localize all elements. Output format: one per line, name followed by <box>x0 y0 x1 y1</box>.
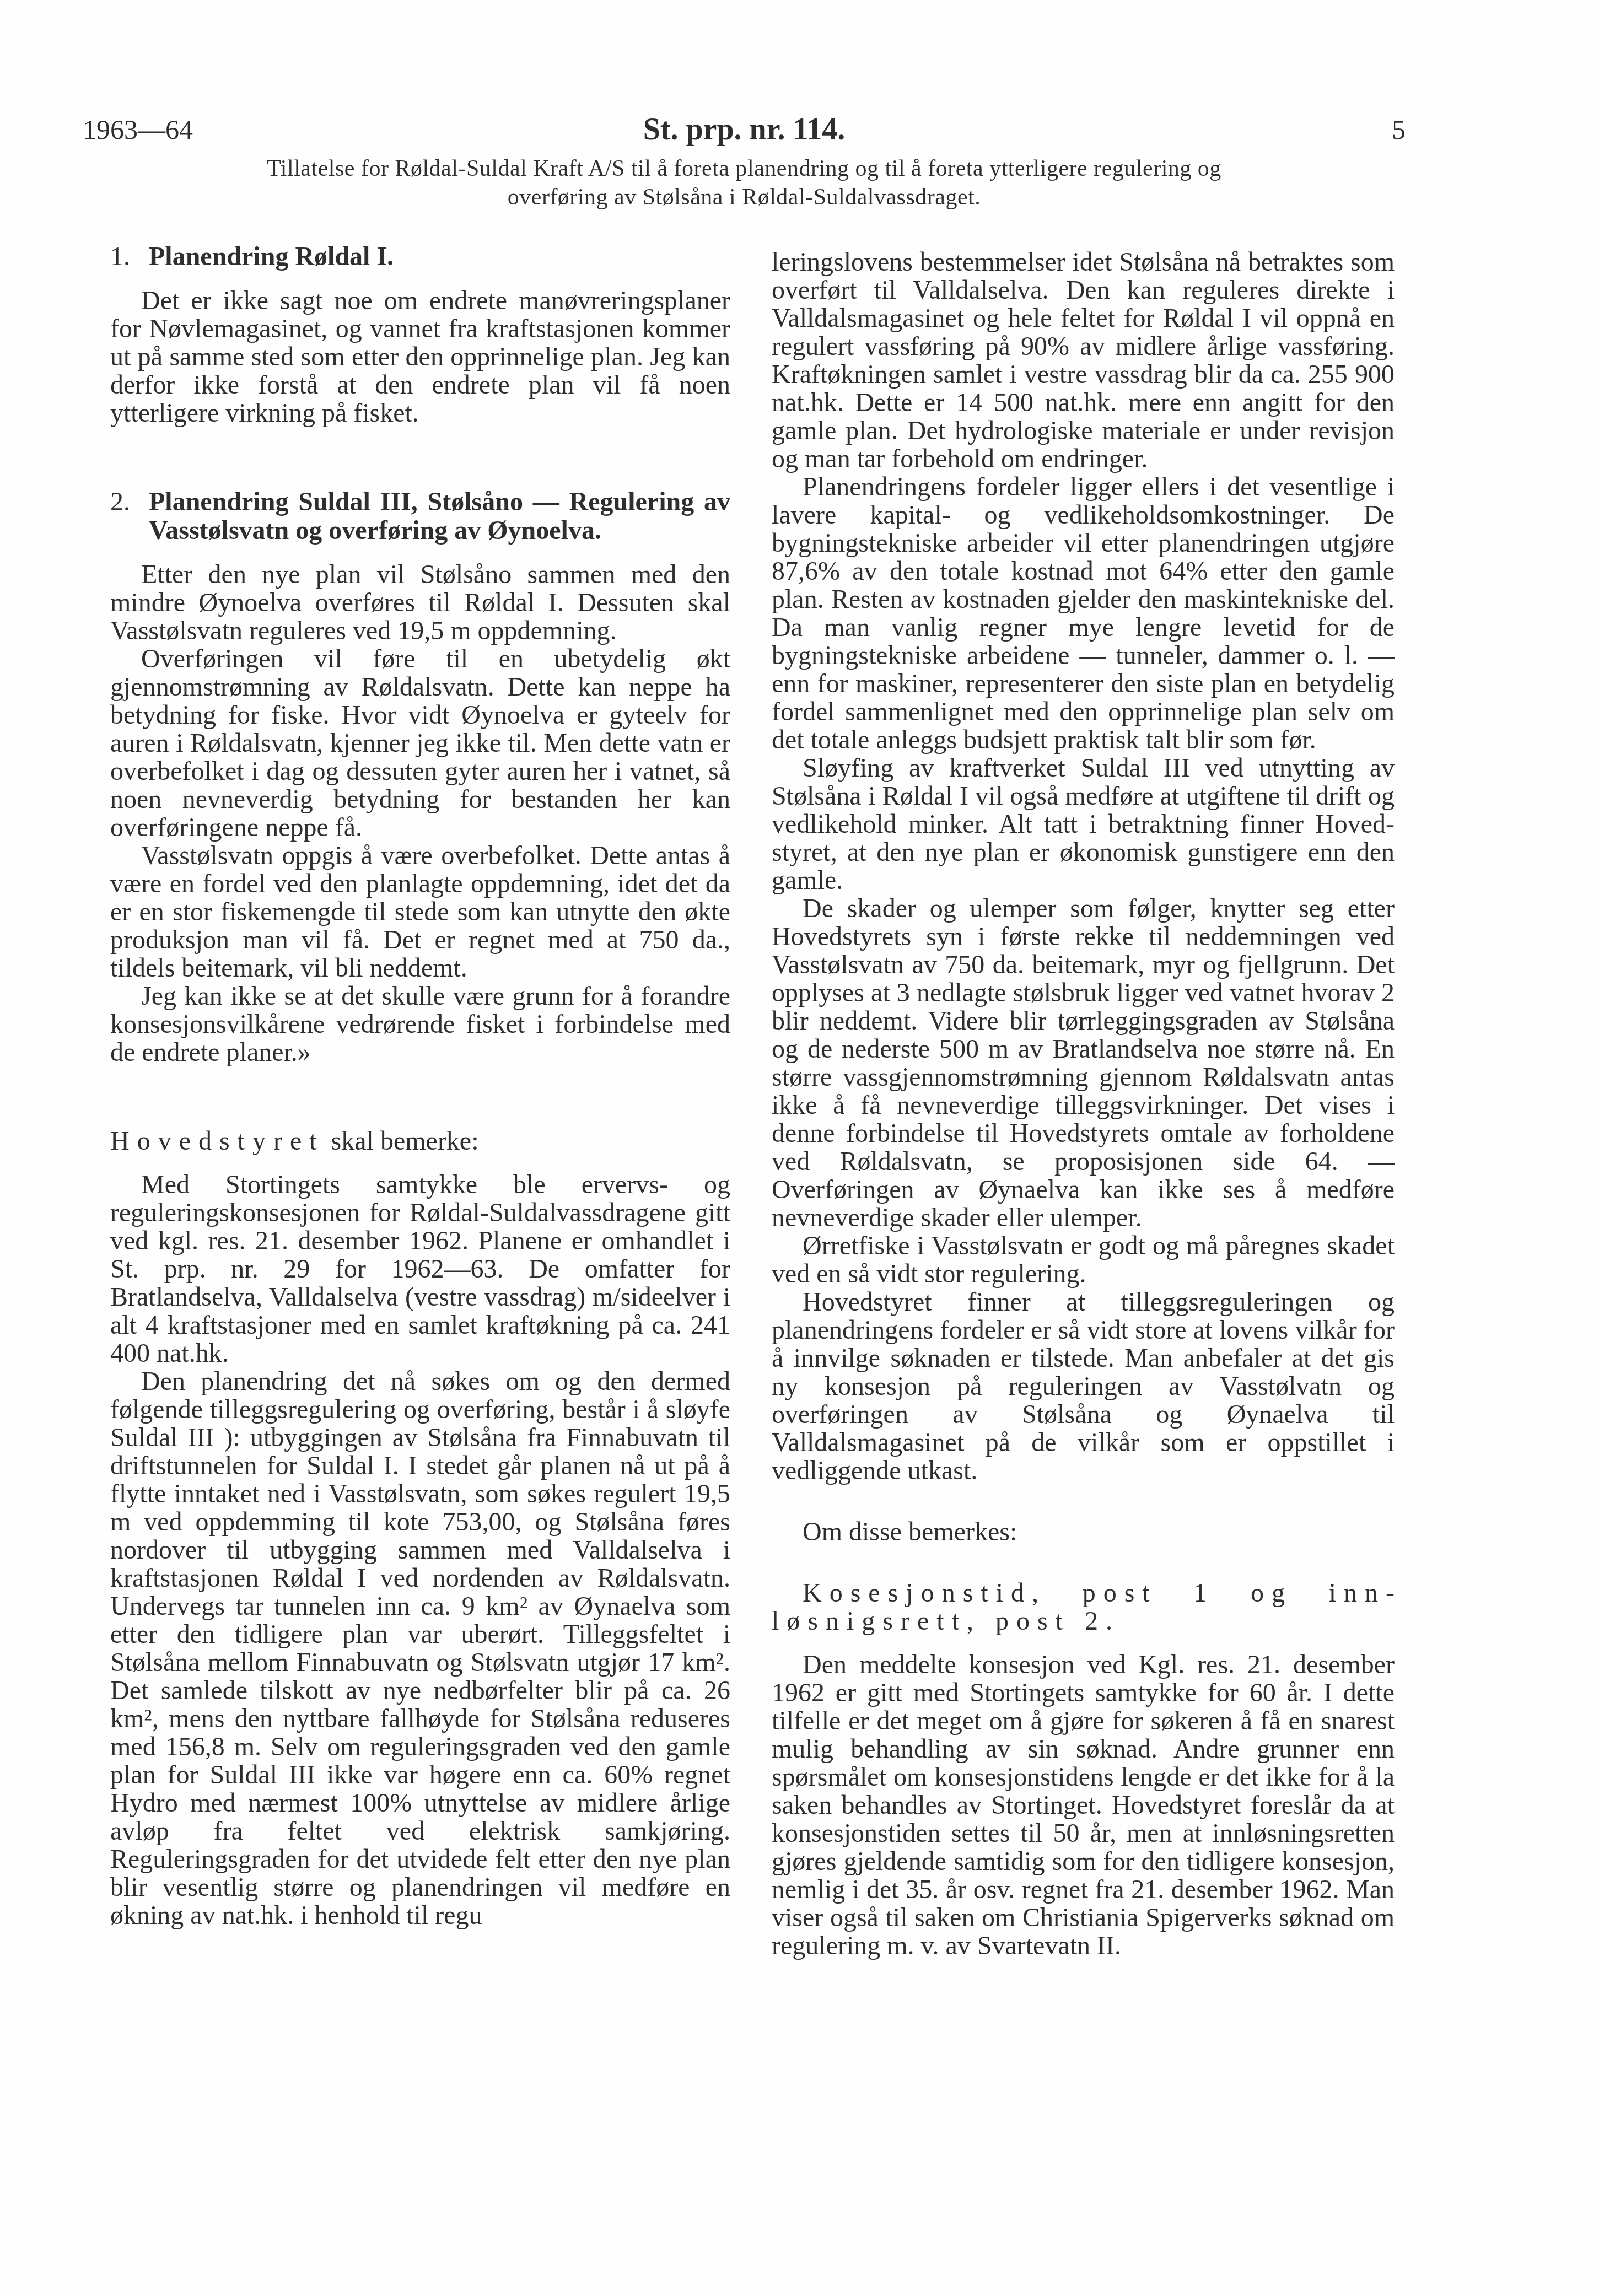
paragraph: Planendringens fordeler ligger ellers i … <box>772 473 1395 754</box>
paragraph: Ørretfiske i Vasstølsvatn er godt og må … <box>772 1232 1395 1288</box>
paragraph: Hovedstyret finner at tilleggsregulering… <box>772 1288 1395 1485</box>
left-column: 1. Planendring Røldal I. Det er ikke sag… <box>110 242 730 1929</box>
section-title: Planendring Suldal III, Stølsåno — Regul… <box>149 488 730 545</box>
paragraph: De skader og ulemper som følger, knytter… <box>772 894 1395 1232</box>
document-subtitle: Tillatelse for Røldal-Suldal Kraft A/S t… <box>83 154 1406 212</box>
section-number: 1. <box>110 242 149 271</box>
section-title: Planendring Røldal I. <box>149 242 730 271</box>
board-label-rest: skal bemerke: <box>331 1127 479 1156</box>
paragraph: Sløyfing av kraftverket Suldal III ved u… <box>772 754 1395 894</box>
paragraph: leringslovens bestemmelser idet Stølsåna… <box>772 248 1395 473</box>
section-1-heading: 1. Planendring Røldal I. <box>110 242 730 271</box>
page-number: 5 <box>1392 110 1406 149</box>
subtitle-line-1: Tillatelse for Røldal-Suldal Kraft A/S t… <box>83 154 1406 183</box>
running-head: 1963—64 St. prp. nr. 114. 5 <box>83 110 1406 149</box>
remarks-intro: Om disse bemerkes: <box>772 1518 1395 1546</box>
subtitle-line-2: overføring av Stølsåna i Røldal-Suldalva… <box>83 183 1406 212</box>
paragraph: Overføringen vil føre til en ubetydelig … <box>110 645 730 842</box>
board-label-spaced: Hovedstyret <box>110 1127 325 1156</box>
paragraph: Etter den nye plan vil Stølsåno sammen m… <box>110 560 730 645</box>
section-number: 2. <box>110 488 149 545</box>
board-remark-label: Hovedstyret skal bemerke: <box>110 1127 730 1155</box>
paragraph: Den meddelte konsesjon ved Kgl. res. 21.… <box>772 1651 1395 1960</box>
paragraph: Det er ikke sagt noe om endrete manøv­re… <box>110 287 730 427</box>
paragraph: Med Stortingets samtykke ble ervervs- og… <box>110 1171 730 1367</box>
section-2-heading: 2. Planendring Suldal III, Stølsåno — Re… <box>110 488 730 545</box>
document-number: St. prp. nr. 114. <box>83 110 1406 149</box>
paragraph: Vasstølsvatn oppgis å være overbefolket.… <box>110 842 730 982</box>
document-page: 1963—64 St. prp. nr. 114. 5 Tillatelse f… <box>0 0 1599 2296</box>
paragraph: Jeg kan ikke se at det skulle være grunn… <box>110 982 730 1066</box>
subheading-concession-period: Kosesjonstid, post 1 og inn­løsnigsrett,… <box>772 1579 1395 1635</box>
paragraph: Den planendring det nå søkes om og den d… <box>110 1367 730 1929</box>
right-column: leringslovens bestemmelser idet Stølsåna… <box>772 248 1395 1960</box>
